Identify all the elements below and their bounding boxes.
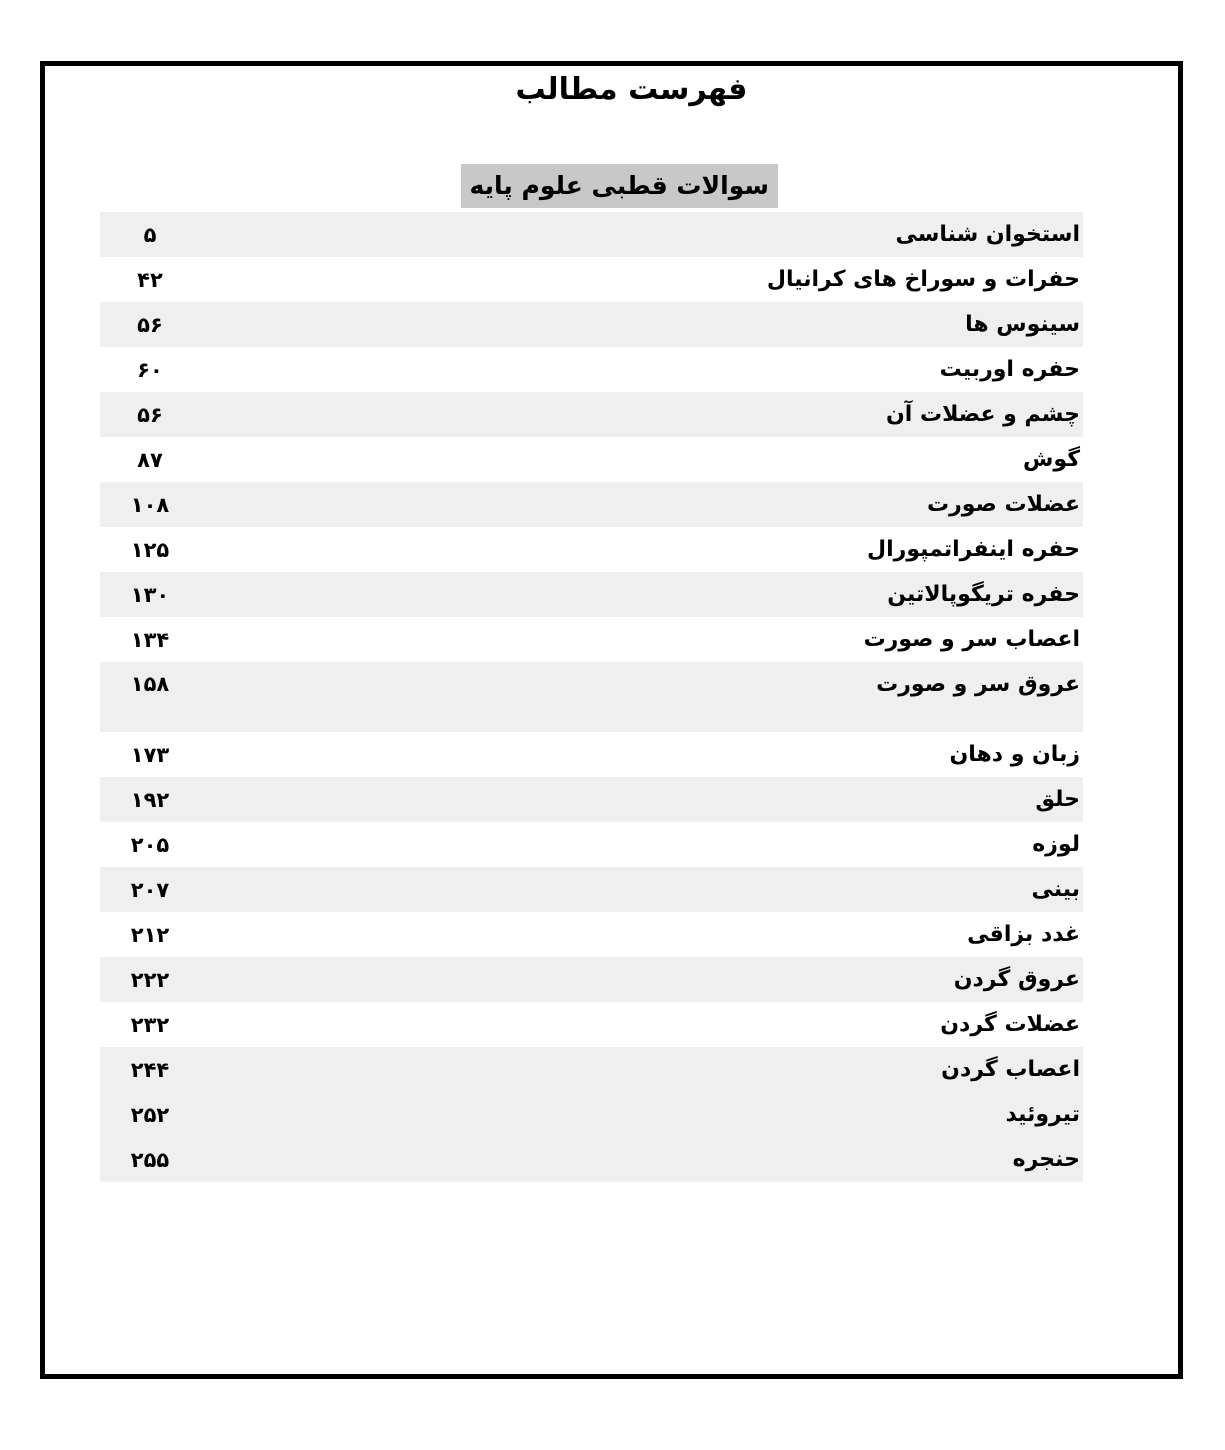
toc-entry-label: حلق (1035, 787, 1083, 812)
toc-entry-page-number: ۲۴۴ (100, 1058, 200, 1082)
toc-entry-label: عضلات صورت (927, 492, 1083, 517)
toc-entry-label: گوش (1023, 447, 1083, 472)
toc-entry-label: لوزه (1032, 832, 1083, 857)
toc-entry-label: بینی (1032, 877, 1083, 902)
toc-entry-page-number: ۲۵۲ (100, 1103, 200, 1127)
toc-row: استخوان شناسی ۵ (100, 212, 1083, 257)
toc-row: تیروئید ۲۵۲ (100, 1092, 1083, 1137)
toc-row: اعصاب گردن ۲۴۴ (100, 1047, 1083, 1092)
toc-entry-label: زبان و دهان (949, 742, 1083, 767)
toc-row: حنجره ۲۵۵ (100, 1137, 1083, 1182)
toc-row: عروق گردن ۲۲۲ (100, 957, 1083, 1002)
toc-row: حلق ۱۹۲ (100, 777, 1083, 822)
toc-row: عضلات صورت ۱۰۸ (100, 482, 1083, 527)
toc-entry-label: عروق گردن (954, 967, 1083, 992)
toc-entry-page-number: ۶۰ (100, 358, 200, 382)
toc-entry-page-number: ۱۹۲ (100, 788, 200, 812)
toc-entry-page-number: ۲۰۵ (100, 833, 200, 857)
toc-entry-label: استخوان شناسی (895, 222, 1083, 247)
toc-entry-page-number: ۱۵۸ (100, 662, 200, 707)
toc-entry-label: تیروئید (1005, 1102, 1083, 1127)
toc-entry-page-number: ۲۳۲ (100, 1013, 200, 1037)
toc-row: عضلات گردن ۲۳۲ (100, 1002, 1083, 1047)
toc-entry-label: حفره تریگوپالاتین (887, 582, 1083, 607)
toc-entry-label: اعصاب سر و صورت (864, 627, 1083, 652)
toc-entry-label: حفره اوربیت (940, 357, 1083, 382)
toc-entry-label: چشم و عضلات آن (886, 402, 1083, 427)
toc-entry-label: عضلات گردن (940, 1012, 1083, 1037)
toc-entry-page-number: ۱۲۵ (100, 538, 200, 562)
toc-row: حفرات و سوراخ های کرانیال ۴۲ (100, 257, 1083, 302)
toc-entry-page-number: ۸۷ (100, 448, 200, 472)
toc-entry-label: حنجره (1013, 1147, 1083, 1172)
toc-entry-page-number: ۵۶ (100, 403, 200, 427)
toc-list: استخوان شناسی ۵ حفرات و سوراخ های کرانیا… (100, 212, 1083, 1182)
toc-row: سینوس ها ۵۶ (100, 302, 1083, 347)
toc-entry-page-number: ۵ (100, 223, 200, 247)
toc-entry-label: اعصاب گردن (941, 1057, 1083, 1082)
toc-row: اعصاب سر و صورت ۱۳۴ (100, 617, 1083, 662)
toc-entry-page-number: ۴۲ (100, 268, 200, 292)
toc-entry-label: عروق سر و صورت (876, 662, 1083, 707)
toc-entry-page-number: ۲۱۲ (100, 923, 200, 947)
toc-row: چشم و عضلات آن ۵۶ (100, 392, 1083, 437)
toc-row: بینی ۲۰۷ (100, 867, 1083, 912)
toc-row: زبان و دهان ۱۷۳ (100, 732, 1083, 777)
toc-entry-page-number: ۱۳۰ (100, 583, 200, 607)
toc-row: لوزه ۲۰۵ (100, 822, 1083, 867)
toc-row: حفره اینفراتمپورال ۱۲۵ (100, 527, 1083, 572)
toc-row: غدد بزاقی ۲۱۲ (100, 912, 1083, 957)
toc-row: حفره تریگوپالاتین ۱۳۰ (100, 572, 1083, 617)
toc-row: عروق سر و صورت ۱۵۸ (100, 662, 1083, 732)
toc-entry-label: حفره اینفراتمپورال (867, 537, 1083, 562)
toc-entry-label: غدد بزاقی (967, 922, 1083, 947)
toc-entry-label: حفرات و سوراخ های کرانیال (767, 267, 1083, 292)
toc-entry-page-number: ۲۵۵ (100, 1148, 200, 1172)
toc-entry-page-number: ۵۶ (100, 313, 200, 337)
toc-row: گوش ۸۷ (100, 437, 1083, 482)
toc-entry-page-number: ۱۳۴ (100, 628, 200, 652)
page-title: فهرست مطالب (38, 72, 1225, 107)
toc-entry-page-number: ۲۰۷ (100, 878, 200, 902)
toc-entry-page-number: ۲۲۲ (100, 968, 200, 992)
toc-row: حفره اوربیت ۶۰ (100, 347, 1083, 392)
toc-entry-label: سینوس ها (965, 312, 1083, 337)
toc-entry-page-number: ۱۷۳ (100, 743, 200, 767)
toc-entry-page-number: ۱۰۸ (100, 493, 200, 517)
section-header: سوالات قطبی علوم پایه (461, 164, 779, 208)
